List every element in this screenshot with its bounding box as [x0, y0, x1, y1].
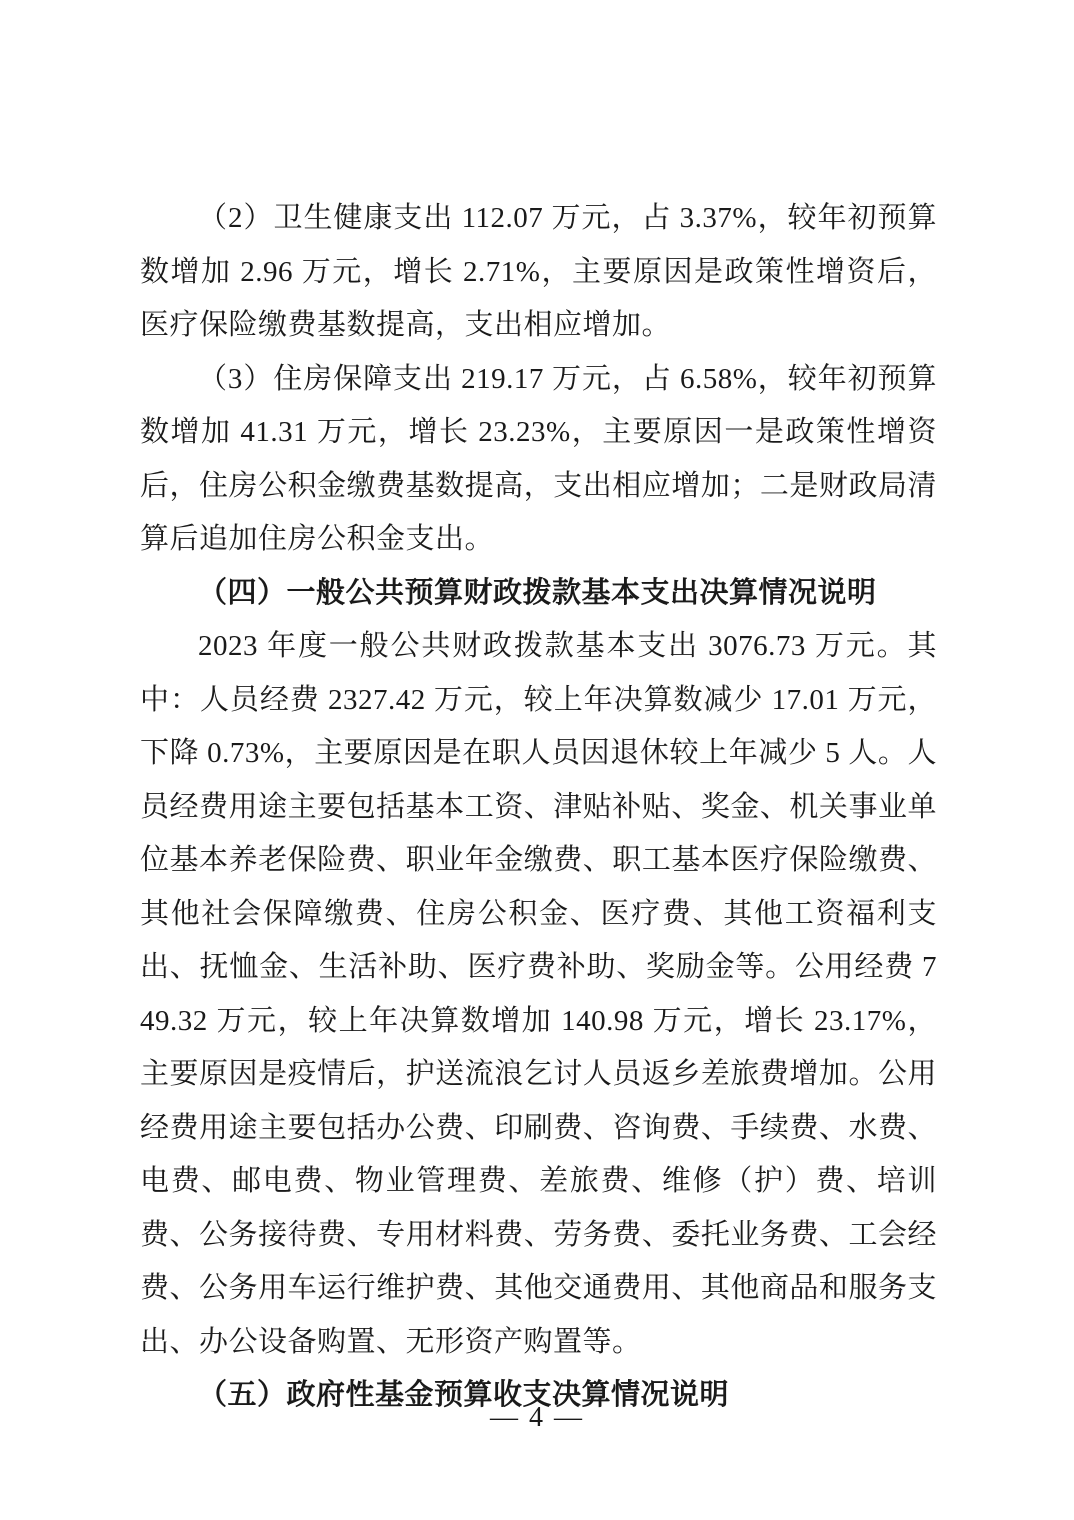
section-heading-basic-expenditure: （四）一般公共预算财政拨款基本支出决算情况说明 — [140, 567, 937, 621]
paragraph-housing-security-expenditure: （3）住房保障支出 219.17 万元，占 6.58%，较年初预算数增加 41.… — [140, 353, 937, 567]
page-number: — 4 — — [0, 1398, 1074, 1438]
paragraph-health-expenditure: （2）卫生健康支出 112.07 万元，占 3.37%，较年初预算数增加 2.9… — [140, 192, 937, 353]
document-page: （2）卫生健康支出 112.07 万元，占 3.37%，较年初预算数增加 2.9… — [140, 192, 937, 1423]
paragraph-basic-expenditure-detail: 2023 年度一般公共财政拨款基本支出 3076.73 万元。其中：人员经费 2… — [140, 620, 937, 1369]
